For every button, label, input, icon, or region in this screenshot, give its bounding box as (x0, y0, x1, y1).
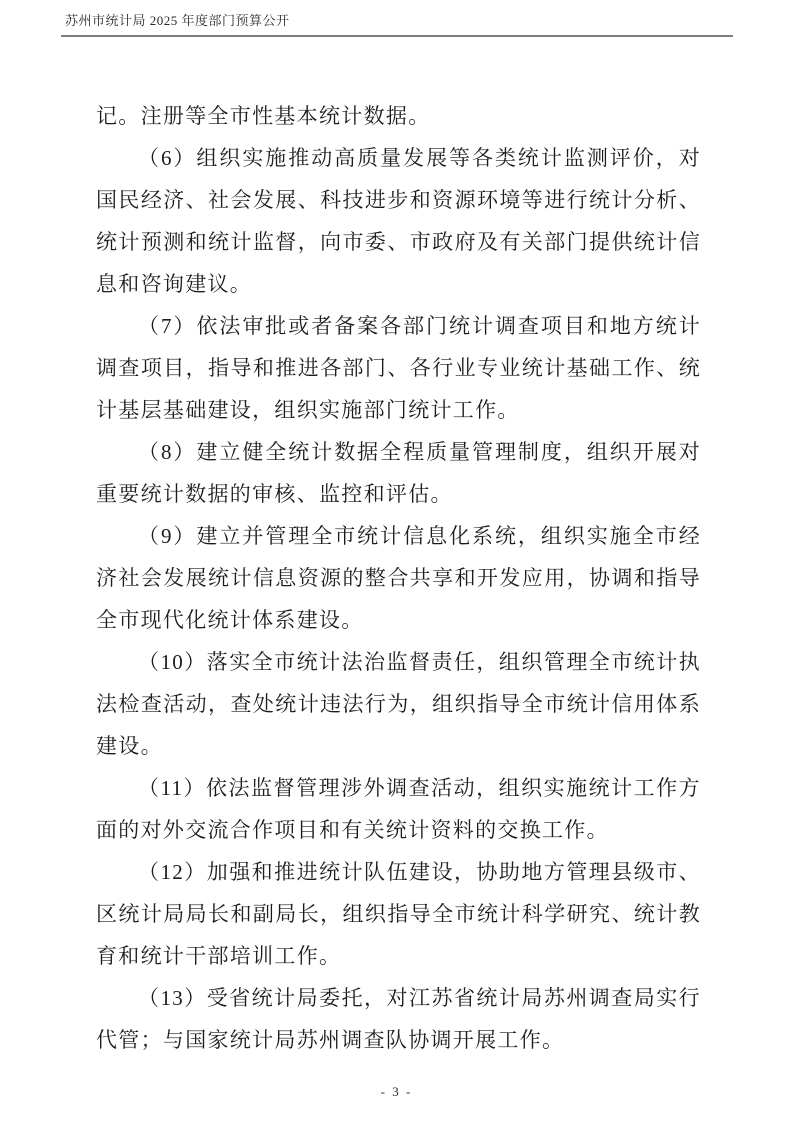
page-header: 苏州市统计局 2025 年度部门预算公开 (61, 10, 733, 37)
paragraph-item-12: （12）加强和推进统计队伍建设，协助地方管理县级市、区统计局局长和副局长，组织指… (96, 851, 701, 977)
document-page: 苏州市统计局 2025 年度部门预算公开 记。注册等全市性基本统计数据。 （6）… (0, 0, 793, 1122)
paragraph-item-7: （7）依法审批或者备案各部门统计调查项目和地方统计调查项目，指导和推进各部门、各… (96, 305, 701, 431)
paragraph-item-11: （11）依法监督管理涉外调查活动，组织实施统计工作方面的对外交流合作项目和有关统… (96, 767, 701, 851)
paragraph-item-13: （13）受省统计局委托，对江苏省统计局苏州调查局实行代管；与国家统计局苏州调查队… (96, 977, 701, 1061)
paragraph-continuation: 记。注册等全市性基本统计数据。 (96, 95, 701, 137)
page-number: - 3 - (0, 1084, 793, 1100)
header-title: 苏州市统计局 2025 年度部门预算公开 (61, 10, 290, 29)
document-body: 记。注册等全市性基本统计数据。 （6）组织实施推动高质量发展等各类统计监测评价，… (96, 95, 701, 1061)
paragraph-item-8: （8）建立健全统计数据全程质量管理制度，组织开展对重要统计数据的审核、监控和评估… (96, 431, 701, 515)
paragraph-item-6: （6）组织实施推动高质量发展等各类统计监测评价，对国民经济、社会发展、科技进步和… (96, 137, 701, 305)
paragraph-item-9: （9）建立并管理全市统计信息化系统，组织实施全市经济社会发展统计信息资源的整合共… (96, 515, 701, 641)
paragraph-item-10: （10）落实全市统计法治监督责任，组织管理全市统计执法检查活动，查处统计违法行为… (96, 641, 701, 767)
